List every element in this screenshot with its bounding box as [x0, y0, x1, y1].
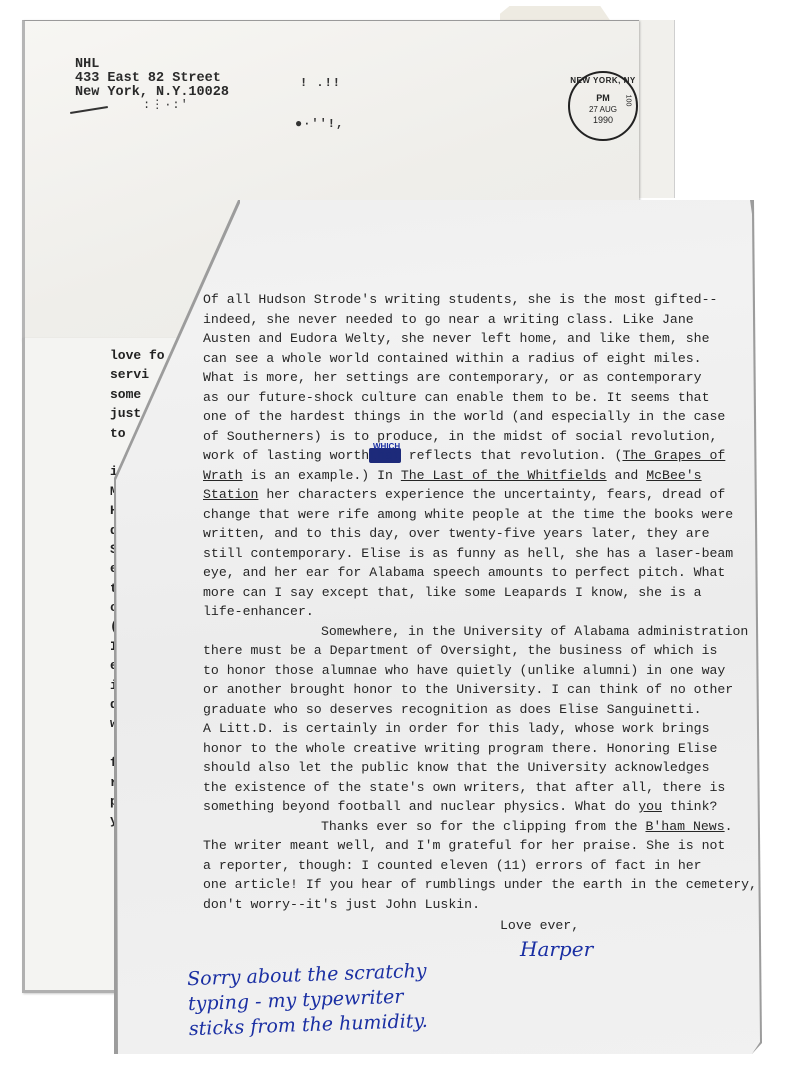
postmark-date: 27 AUG — [589, 105, 617, 114]
letter-line: indeed, she never needed to go near a wr… — [203, 310, 763, 330]
book-title: McBee's — [646, 468, 701, 483]
postmark-stamp: NEW YORK, NY PM 27 AUG 1990 100 — [568, 71, 638, 141]
letter-line: work of lasting worththatWHICH reflects … — [203, 446, 763, 466]
letter-line: written, and to this day, over twenty-fi… — [203, 524, 763, 544]
letter-line: Of all Hudson Strode's writing students,… — [203, 290, 763, 310]
postmark-zip: 100 — [625, 95, 632, 107]
letter-line: the existence of the state's own writers… — [203, 778, 763, 798]
letter-line: Austen and Eudora Welty, she never left … — [203, 329, 763, 349]
letter-line: as our future-shock culture can enable t… — [203, 388, 763, 408]
closing: Love ever, — [500, 918, 579, 933]
handwritten-postscript: Sorry about the scratchytyping - my type… — [187, 959, 429, 1042]
letter-line: a reporter, though: I counted eleven (11… — [203, 856, 763, 876]
back-page-line: love fo — [110, 346, 165, 365]
letter-line: graduate who so deserves recognition as … — [203, 700, 763, 720]
letter-line: one article! If you hear of rumblings un… — [203, 875, 763, 895]
letter-line: What is more, her settings are contempor… — [203, 368, 763, 388]
letter-line: life-enhancer. — [203, 602, 763, 622]
letter-line: more can I say except that, like some Le… — [203, 583, 763, 603]
letter-line: should also let the public know that the… — [203, 758, 763, 778]
letter-line: still contemporary. Elise is as funny as… — [203, 544, 763, 564]
envelope-edge — [636, 20, 675, 198]
postmark-time: PM — [596, 93, 610, 103]
letter-line: honor to the whole creative writing prog… — [203, 739, 763, 759]
letter-line: change that were rife among white people… — [203, 505, 763, 525]
underlined-word: you — [638, 799, 662, 814]
letter-body: Of all Hudson Strode's writing students,… — [203, 290, 763, 914]
postmark-city: NEW YORK, NY — [570, 76, 635, 85]
pen-mark — [70, 106, 108, 114]
return-street: 433 East 82 Street — [75, 72, 229, 86]
letter-line: can see a whole world contained within a… — [203, 349, 763, 369]
letter-line: there must be a Department of Oversight,… — [203, 641, 763, 661]
letter-line: Somewhere, in the University of Alabama … — [203, 622, 763, 642]
letter-line: The writer meant well, and I'm grateful … — [203, 836, 763, 856]
letter-line: of Southerners) is to produce, in the mi… — [203, 427, 763, 447]
ink-smudge: ●·''!, — [295, 117, 344, 131]
letter-line: eye, and her ear for Alabama speech amou… — [203, 563, 763, 583]
book-title: Wrath — [203, 468, 243, 483]
book-title: The Last of the Whitfields — [401, 468, 607, 483]
signature: Harper — [520, 937, 593, 961]
newspaper-title: B'ham News — [645, 819, 724, 834]
letter-line: Station her characters experience the un… — [203, 485, 763, 505]
letter-line: Wrath is an example.) In The Last of the… — [203, 466, 763, 486]
letter-line: Thanks ever so for the clipping from the… — [203, 817, 763, 837]
letter-line: something beyond football and nuclear ph… — [203, 797, 763, 817]
letter-line: A Litt.D. is certainly in order for this… — [203, 719, 763, 739]
postmark-year: 1990 — [593, 115, 613, 125]
ink-smudge: :⋮·:' — [143, 97, 189, 112]
back-page-line: servi — [110, 365, 165, 384]
letter-line: or another brought honor to the Universi… — [203, 680, 763, 700]
handwritten-insertion: WHICH — [373, 437, 400, 457]
letter-line: one of the hardest things in the world (… — [203, 407, 763, 427]
letter-line: don't worry--it's just John Luskin. — [203, 895, 763, 915]
book-title: The Grapes of — [622, 448, 725, 463]
ink-smudge: ! .!! — [300, 76, 341, 90]
letter-line: to honor those alumnae who have quietly … — [203, 661, 763, 681]
book-title: Station — [203, 487, 258, 502]
return-address: NHL433 East 82 StreetNew York, N.Y.10028 — [75, 58, 229, 100]
return-name: NHL — [75, 58, 229, 72]
